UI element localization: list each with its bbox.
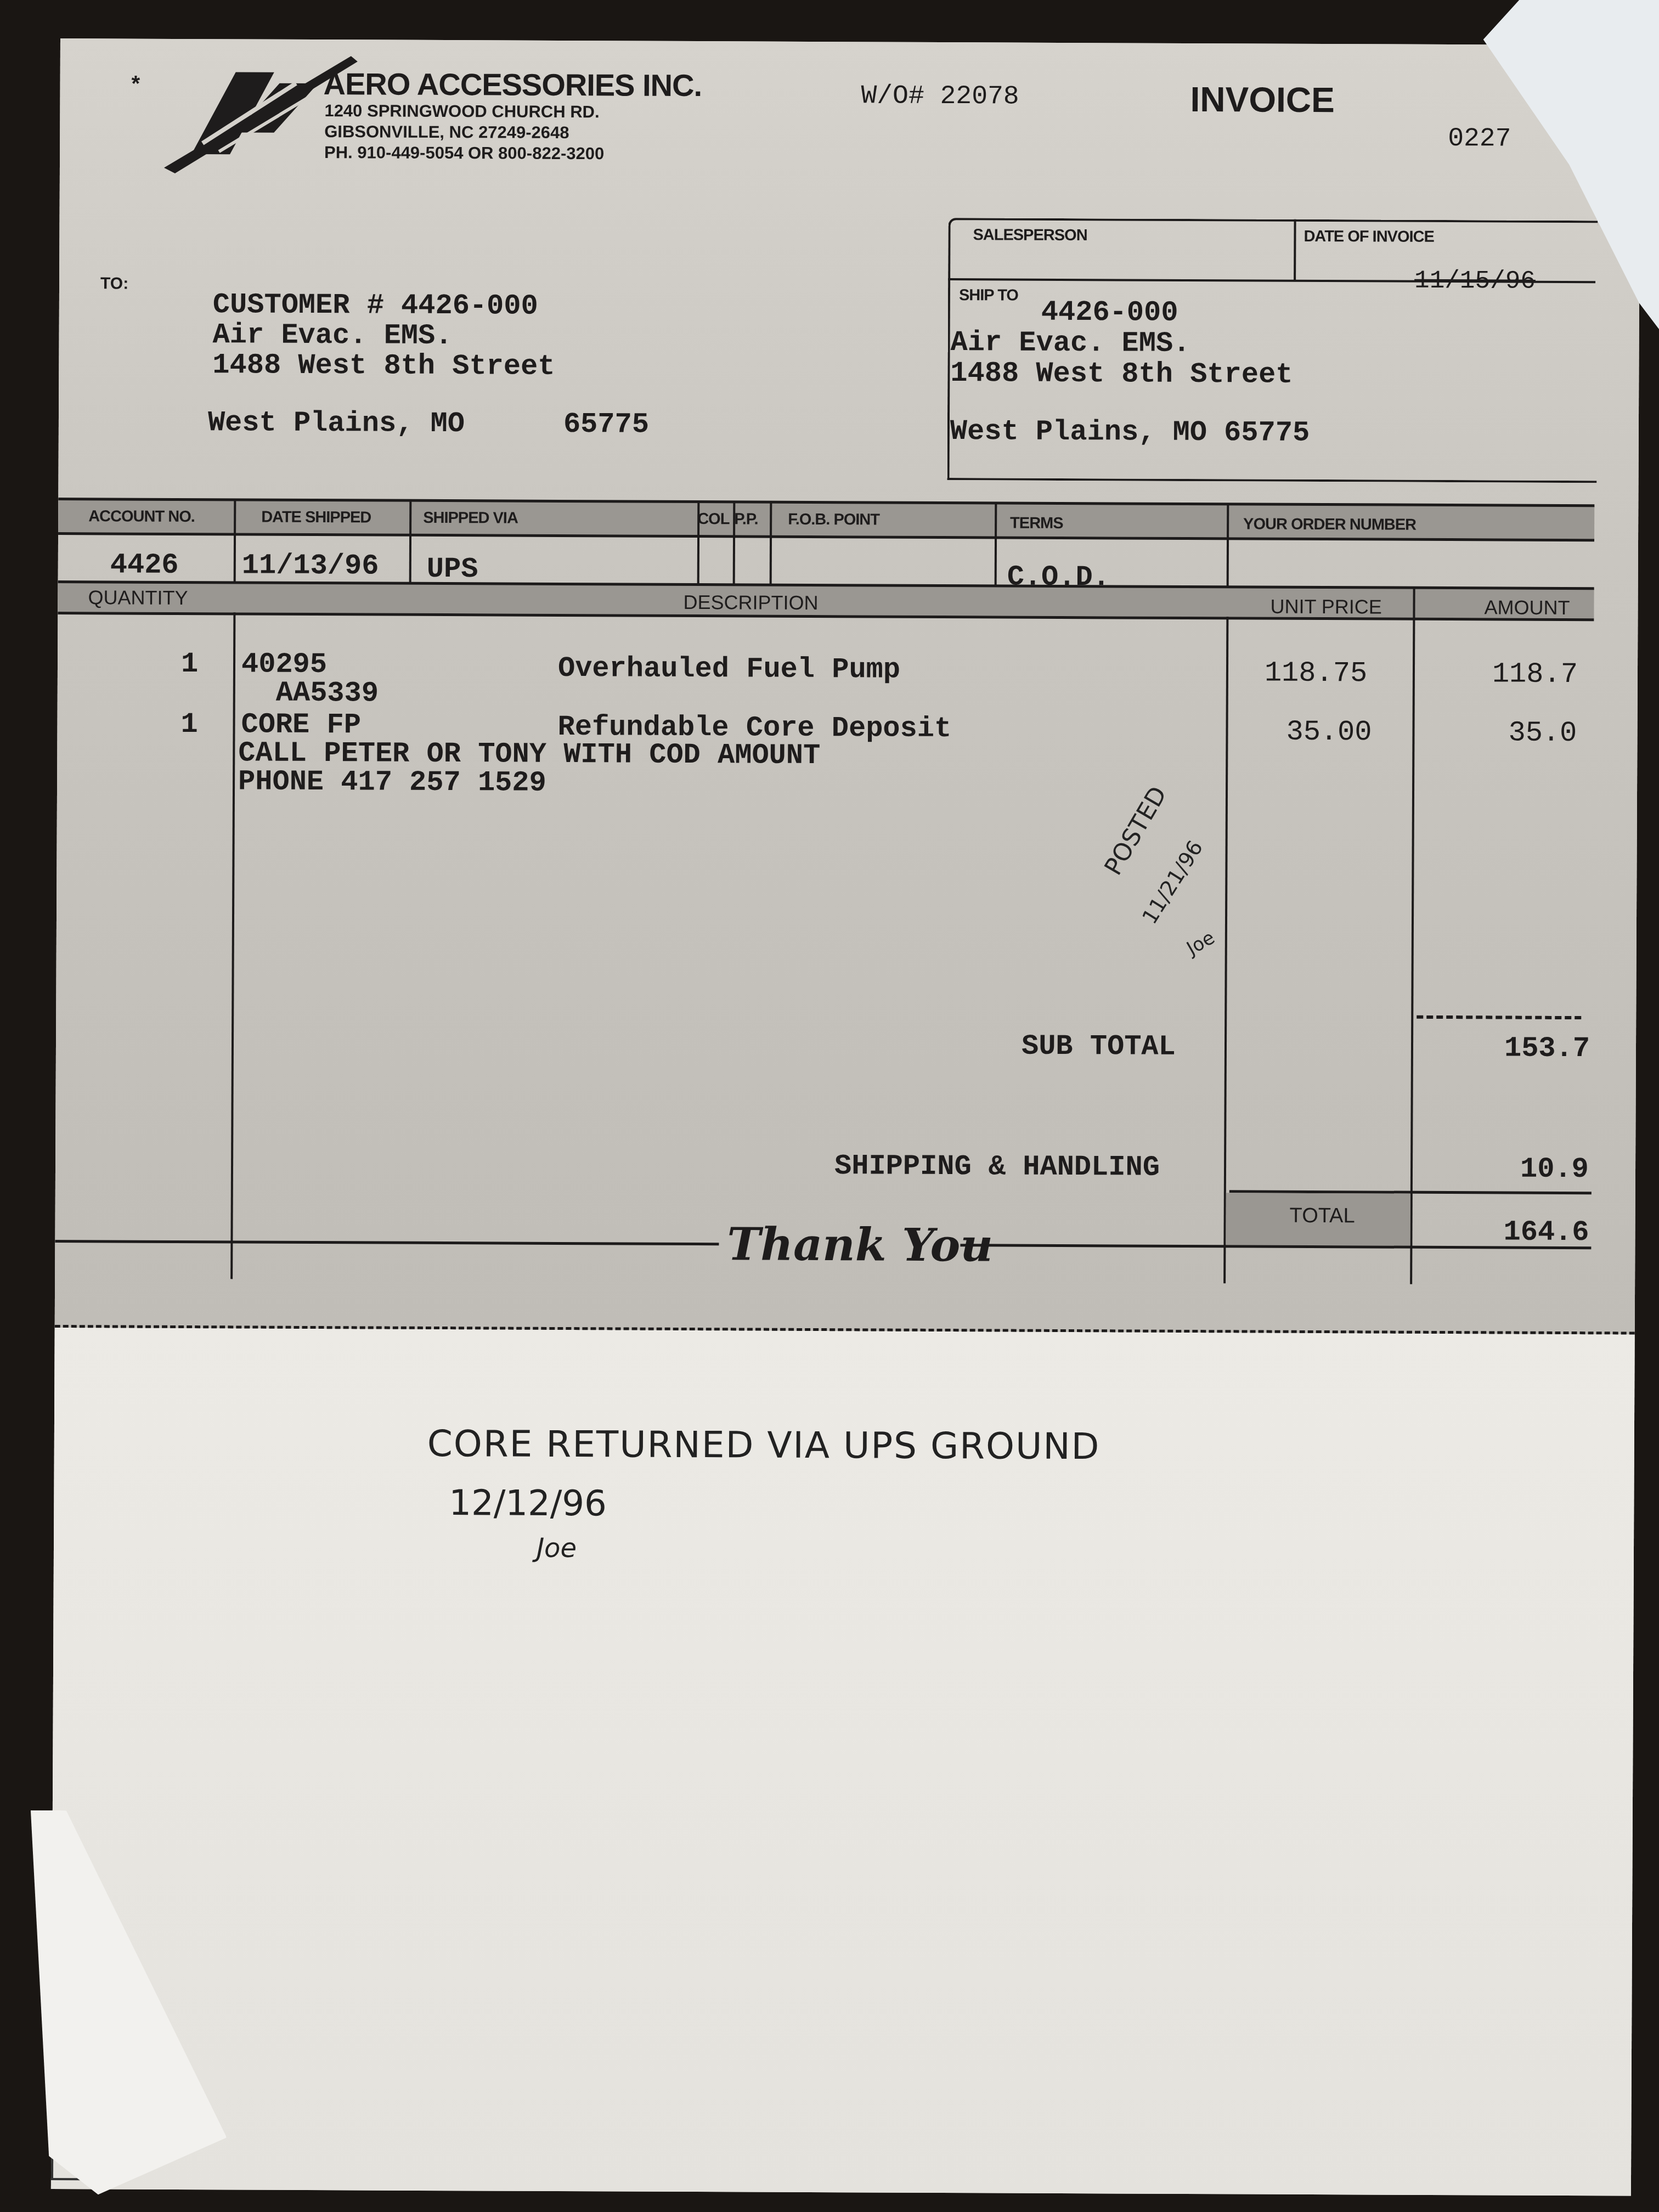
shipped-via-value: UPS — [427, 553, 478, 585]
asterisk-mark: * — [132, 72, 140, 97]
description-header: DESCRIPTION — [683, 591, 818, 614]
core-returned-initials: Joe — [537, 1533, 577, 1564]
item-quantity: 1 — [181, 648, 198, 680]
bill-to-label: TO: — [100, 274, 128, 293]
unit-price-header: UNIT PRICE — [1270, 595, 1382, 619]
shipped-via-header: SHIPPED VIA — [423, 509, 518, 528]
ship-to-street: 1488 West 8th Street — [950, 357, 1293, 391]
date-shipped-header: DATE SHIPPED — [261, 509, 371, 527]
subtotal-value: 153.7 — [1504, 1032, 1590, 1065]
company-name: AERO ACCESSORIES INC. — [324, 66, 702, 103]
bill-to-city-state: West Plains, MO — [208, 407, 465, 440]
bill-to-street: 1488 West 8th Street — [212, 349, 555, 383]
company-phone: PH. 910-449-5054 OR 800-822-3200 — [324, 143, 604, 163]
amount-header: AMOUNT — [1484, 596, 1570, 619]
shipping-handling-value: 10.9 — [1520, 1153, 1589, 1186]
subtotal-label: SUB TOTAL — [1022, 1030, 1176, 1063]
work-order-number: W/O# 22078 — [861, 81, 1019, 111]
salesperson-label: SALESPERSON — [973, 226, 1087, 245]
invoice-paper: * AERO ACCESSORIES INC. 1240 SPRINGWOOD … — [51, 38, 1640, 2196]
core-returned-note: CORE RETURNED VIA UPS GROUND — [427, 1423, 1101, 1468]
item-amount: 35.0 — [1508, 717, 1577, 750]
ship-to-city: West Plains, MO 65775 — [950, 415, 1310, 449]
bill-to-zip: 65775 — [563, 408, 649, 441]
ship-to-id: 4426-000 — [1041, 296, 1178, 329]
item-description: Overhauled Fuel Pump — [558, 652, 900, 686]
date-of-invoice-value: 11/15/96 — [1414, 267, 1536, 296]
account-no-value: 4426 — [110, 549, 179, 582]
bill-to-name: Air Evac. EMS. — [213, 319, 453, 352]
item-part-number: 40295 — [241, 648, 327, 681]
account-no-header: ACCOUNT NO. — [88, 507, 195, 526]
col-header: COL — [697, 510, 729, 528]
thank-you-text: Thank You — [727, 1218, 993, 1272]
date-of-invoice-label: DATE OF INVOICE — [1304, 228, 1434, 246]
invoice-title: INVOICE — [1190, 79, 1334, 120]
invoice-number: 0227 — [1448, 124, 1511, 154]
item-sub-part-number: AA5339 — [276, 677, 379, 710]
item-unit-price: 35.00 — [1286, 716, 1372, 749]
company-address-line2: GIBSONVILLE, NC 27249-2648 — [324, 122, 569, 143]
pp-header: P.P. — [734, 510, 758, 528]
terms-header: TERMS — [1010, 515, 1063, 533]
core-returned-date: 12/12/96 — [449, 1483, 607, 1524]
company-address-line1: 1240 SPRINGWOOD CHURCH RD. — [324, 101, 599, 122]
item-quantity: 1 — [180, 708, 198, 741]
ship-to-name: Air Evac. EMS. — [950, 326, 1190, 360]
ship-to-label: SHIP TO — [959, 286, 1018, 304]
item-unit-price: 118.75 — [1265, 657, 1367, 690]
item-note-phone: PHONE 417 257 1529 — [238, 765, 546, 799]
fob-point-header: F.O.B. POINT — [788, 511, 879, 529]
your-order-number-header: YOUR ORDER NUMBER — [1243, 515, 1416, 534]
customer-number: CUSTOMER # 4426-000 — [213, 289, 538, 323]
shipping-handling-label: SHIPPING & HANDLING — [834, 1150, 1160, 1184]
item-part-number: CORE FP — [241, 708, 361, 741]
date-shipped-value: 11/13/96 — [242, 549, 379, 582]
total-value: 164.6 — [1503, 1216, 1589, 1249]
total-label: TOTAL — [1290, 1204, 1355, 1228]
quantity-header: QUANTITY — [88, 586, 188, 610]
item-amount: 118.7 — [1492, 658, 1578, 691]
